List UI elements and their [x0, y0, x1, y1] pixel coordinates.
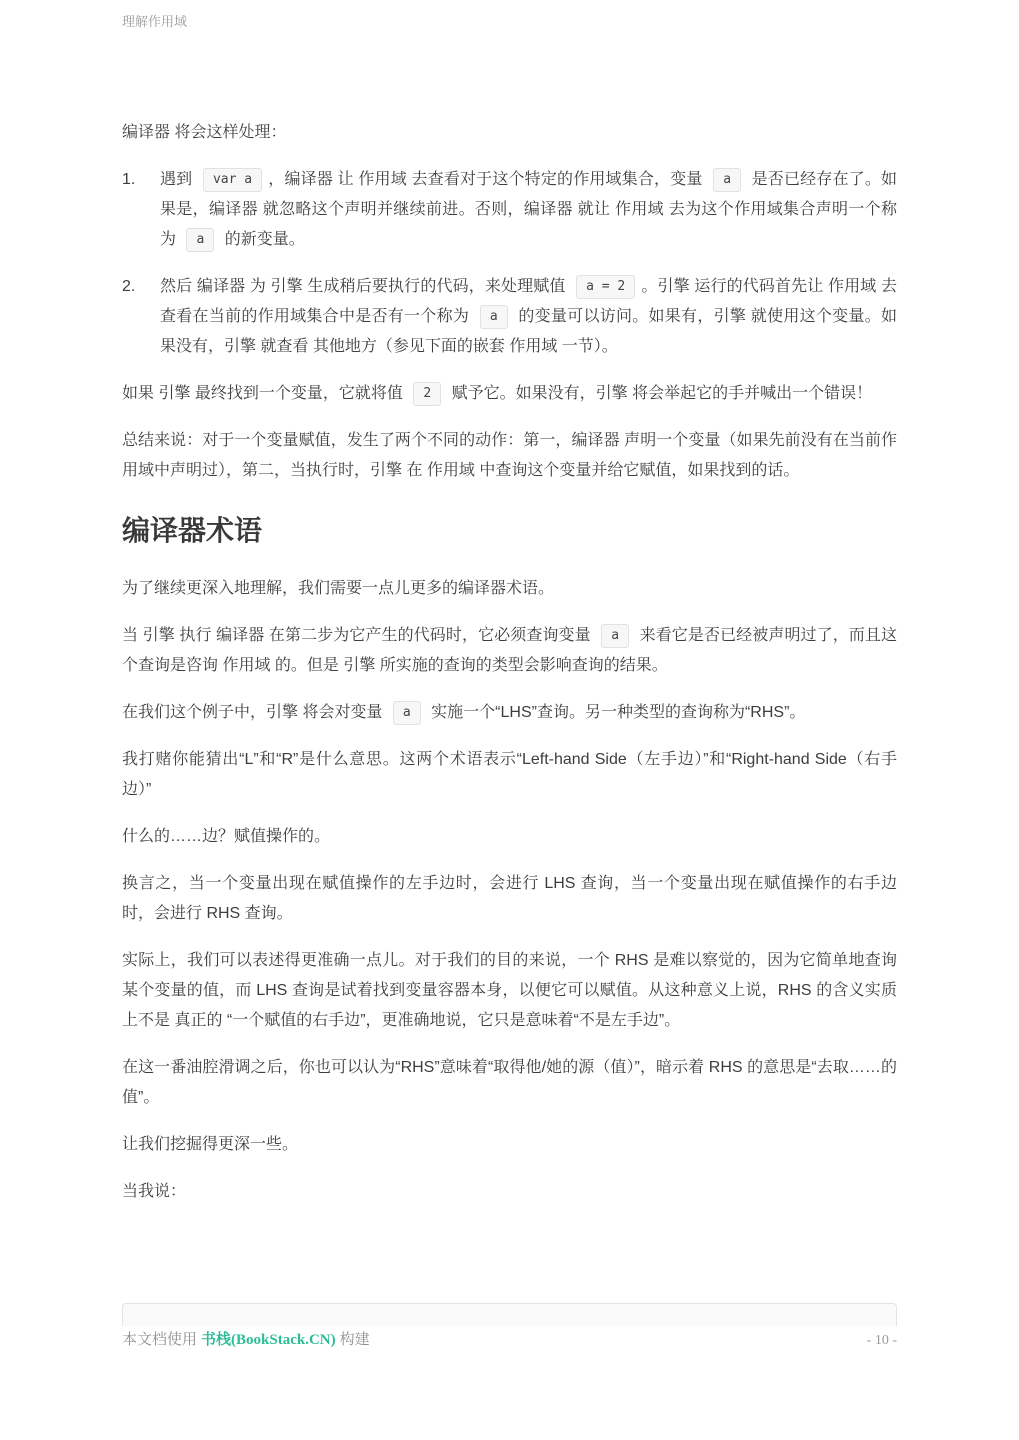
inline-code: a = 2: [576, 275, 635, 299]
paragraph: 在这一番油腔滑调之后，你也可以认为“RHS”意味着“取得他/她的源（值）”，暗示…: [122, 1053, 897, 1113]
paragraph: 为了继续更深入地理解，我们需要一点儿更多的编译器术语。: [122, 574, 897, 604]
list-item: 2.然后 编译器 为 引擎 生成稍后要执行的代码，来处理赋值 a = 2。引擎 …: [122, 272, 897, 362]
code-block-partial: [122, 1303, 897, 1326]
section-heading: 编译器术语: [122, 512, 897, 550]
paragraph: 当我说：: [122, 1177, 897, 1207]
list-item-marker: 2.: [122, 272, 160, 362]
ordered-list: 1.遇到 var a，编译器 让 作用域 去查看对于这个特定的作用域集合，变量 …: [122, 165, 897, 362]
paragraph: 总结来说：对于一个变量赋值，发生了两个不同的动作：第一，编译器 声明一个变量（如…: [122, 426, 897, 486]
inline-code: a: [601, 624, 629, 648]
bookstack-link[interactable]: 书栈(BookStack.CN): [201, 1328, 336, 1349]
document-page: 理解作用域 编译器 将会这样处理：1.遇到 var a，编译器 让 作用域 去查…: [0, 0, 1019, 1440]
page-footer: 本文档使用 书栈(BookStack.CN) 构建 - 10 -: [122, 1328, 897, 1349]
list-item: 1.遇到 var a，编译器 让 作用域 去查看对于这个特定的作用域集合，变量 …: [122, 165, 897, 255]
paragraph: 在我们这个例子中，引擎 将会对变量 a 实施一个“LHS”查询。另一种类型的查询…: [122, 698, 897, 728]
list-item-text: 遇到 var a，编译器 让 作用域 去查看对于这个特定的作用域集合，变量 a …: [160, 165, 897, 255]
paragraph: 换言之，当一个变量出现在赋值操作的左手边时，会进行 LHS 查询，当一个变量出现…: [122, 869, 897, 929]
paragraph: 编译器 将会这样处理：: [122, 118, 897, 148]
page-number: - 10 -: [867, 1333, 897, 1349]
inline-code: var a: [203, 168, 262, 192]
document-content: 编译器 将会这样处理：1.遇到 var a，编译器 让 作用域 去查看对于这个特…: [122, 118, 897, 1224]
page-header-title: 理解作用域: [122, 13, 187, 31]
paragraph: 当 引擎 执行 编译器 在第二步为它产生的代码时，它必须查询变量 a 来看它是否…: [122, 621, 897, 681]
paragraph: 我打赌你能猜出“L”和“R”是什么意思。这两个术语表示“Left-hand Si…: [122, 745, 897, 805]
footer-suffix-text: 构建: [340, 1328, 370, 1349]
list-item-text: 然后 编译器 为 引擎 生成稍后要执行的代码，来处理赋值 a = 2。引擎 运行…: [160, 272, 897, 362]
inline-code: a: [393, 701, 421, 725]
inline-code: a: [186, 228, 214, 252]
inline-code: a: [480, 305, 508, 329]
paragraph: 什么的……边？赋值操作的。: [122, 822, 897, 852]
paragraph: 如果 引擎 最终找到一个变量，它就将值 2 赋予它。如果没有，引擎 将会举起它的…: [122, 379, 897, 409]
inline-code: 2: [413, 382, 441, 406]
list-item-marker: 1.: [122, 165, 160, 255]
paragraph: 让我们挖掘得更深一些。: [122, 1130, 897, 1160]
footer-prefix-text: 本文档使用: [122, 1328, 197, 1349]
paragraph: 实际上，我们可以表述得更准确一点儿。对于我们的目的来说，一个 RHS 是难以察觉…: [122, 946, 897, 1036]
inline-code: a: [713, 168, 741, 192]
